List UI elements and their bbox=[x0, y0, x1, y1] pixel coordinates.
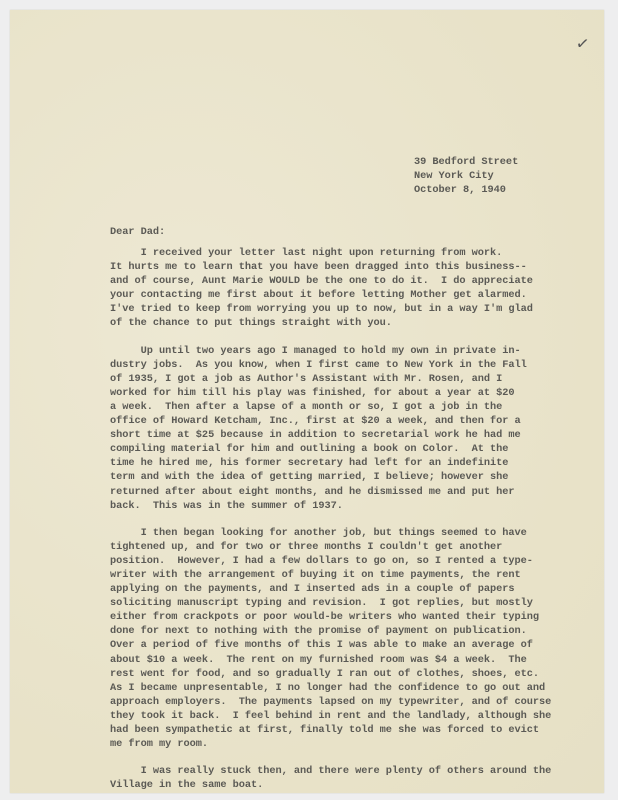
salutation: Dear Dad: bbox=[110, 226, 165, 238]
address-city: New York City bbox=[414, 169, 518, 183]
text-line: your contacting me first about it before… bbox=[110, 288, 570, 302]
text-line: office of Howard Ketcham, Inc., first at… bbox=[110, 414, 570, 428]
text-line: soliciting manuscript typing and revisio… bbox=[110, 596, 570, 610]
text-line: I've tried to keep from worrying you up … bbox=[110, 302, 570, 316]
address-street: 39 Bedford Street bbox=[414, 155, 518, 169]
text-line: me from my room. bbox=[110, 737, 570, 751]
text-line: back. This was in the summer of 1937. bbox=[110, 499, 570, 513]
text-line: writer with the arrangement of buying it… bbox=[110, 568, 570, 582]
text-line: It hurts me to learn that you have been … bbox=[110, 260, 570, 274]
text-line: had been sympathetic at first, finally t… bbox=[110, 723, 570, 737]
text-line: of 1935, I got a job as Author's Assista… bbox=[110, 372, 570, 386]
text-line: short time at $25 because in addition to… bbox=[110, 428, 570, 442]
text-line: rest went for food, and so gradually I r… bbox=[110, 667, 570, 681]
text-line: they took it back. I feel behind in rent… bbox=[110, 709, 570, 723]
text-line: compiling material for him and outlining… bbox=[110, 442, 570, 456]
text-line: done for next to nothing with the promis… bbox=[110, 624, 570, 638]
check-mark: ✓ bbox=[575, 33, 591, 54]
text-line: dustry jobs. As you know, when I first c… bbox=[110, 358, 570, 372]
paragraph: I then began looking for another job, bu… bbox=[110, 526, 570, 752]
text-line: of the chance to put things straight wit… bbox=[110, 316, 570, 330]
paragraph: I was really stuck then, and there were … bbox=[110, 764, 570, 792]
text-line: and of course, Aunt Marie WOULD be the o… bbox=[110, 274, 570, 288]
sender-address-block: 39 Bedford Street New York City October … bbox=[414, 155, 518, 197]
letter-page: ✓ 39 Bedford Street New York City Octobe… bbox=[10, 10, 604, 793]
text-line: Up until two years ago I managed to hold… bbox=[110, 344, 570, 358]
text-line: returned after about eight months, and h… bbox=[110, 485, 570, 499]
letter-date: October 8, 1940 bbox=[414, 183, 518, 197]
text-line: As I became unpresentable, I no longer h… bbox=[110, 681, 570, 695]
text-line: approach employers. The payments lapsed … bbox=[110, 695, 570, 709]
text-line: applying on the payments, and I inserted… bbox=[110, 582, 570, 596]
text-line: I received your letter last night upon r… bbox=[110, 246, 570, 260]
text-line: term and with the idea of getting marrie… bbox=[110, 470, 570, 484]
text-line: worked for him till his play was finishe… bbox=[110, 386, 570, 400]
text-line: I then began looking for another job, bu… bbox=[110, 526, 570, 540]
text-line: a week. Then after a lapse of a month or… bbox=[110, 400, 570, 414]
paragraph: I received your letter last night upon r… bbox=[110, 246, 570, 331]
text-line: Village in the same boat. bbox=[110, 778, 570, 792]
text-line: I was really stuck then, and there were … bbox=[110, 764, 570, 778]
letter-body: I received your letter last night upon r… bbox=[110, 246, 570, 800]
text-line: position. However, I had a few dollars t… bbox=[110, 554, 570, 568]
text-line: Over a period of five months of this I w… bbox=[110, 638, 570, 652]
text-line: tightened up, and for two or three month… bbox=[110, 540, 570, 554]
paragraph: Up until two years ago I managed to hold… bbox=[110, 344, 570, 513]
text-line: about $10 a week. The rent on my furnish… bbox=[110, 653, 570, 667]
text-line: either from crackpots or poor would-be w… bbox=[110, 610, 570, 624]
text-line: time he hired me, his former secretary h… bbox=[110, 456, 570, 470]
